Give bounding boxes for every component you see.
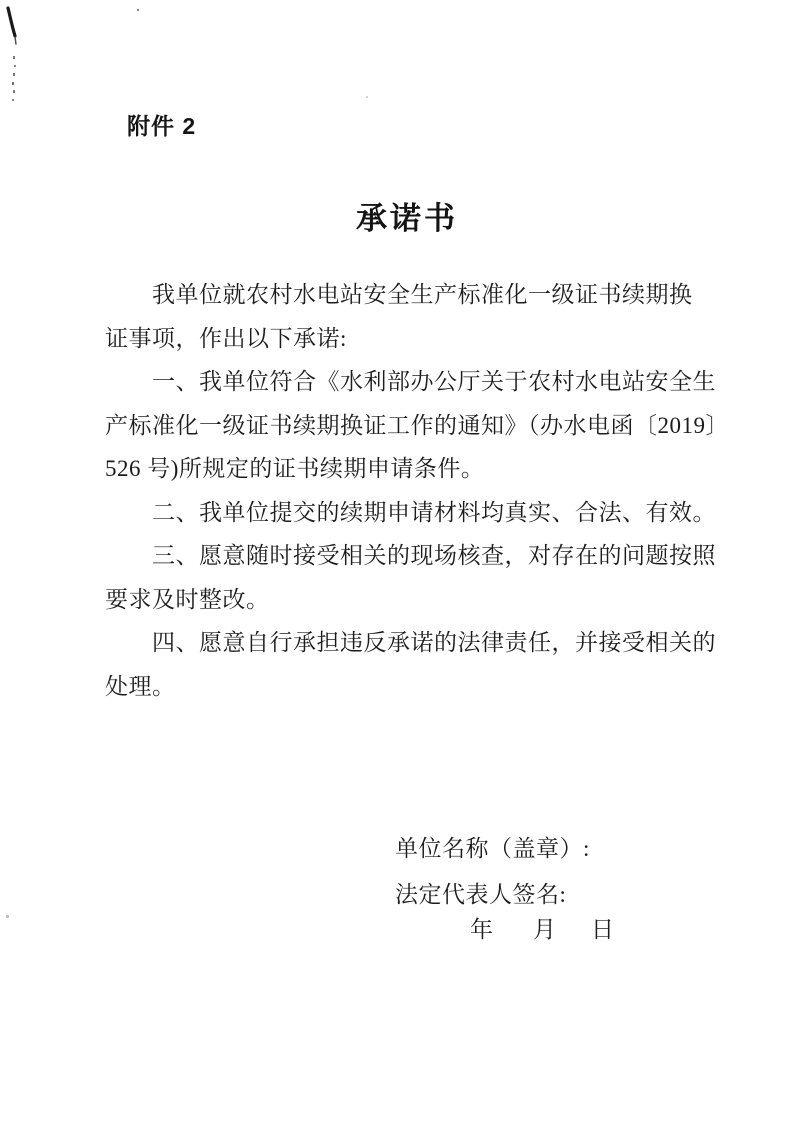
date-year-label: 年: [470, 915, 493, 945]
paragraph: 二、我单位提交的续期申请材料均真实、合法、有效。: [105, 491, 717, 535]
signature-block: 单位名称（盖章）: 法定代表人签名:: [395, 826, 590, 917]
scan-artifact-speck: [137, 9, 139, 11]
scan-artifact-speck: [366, 96, 368, 98]
body-line: 二、我单位提交的续期申请材料均真实、合法、有效。: [105, 491, 717, 535]
body-line: 证事项，作出以下承诺:: [105, 317, 717, 361]
scan-artifact-speck: [6, 915, 9, 918]
body-line: 要求及时整改。: [105, 578, 717, 622]
unit-name-label: 单位名称（盖章）:: [395, 826, 590, 872]
body-line: 处理。: [105, 665, 717, 709]
body-line: 526 号)所规定的证书续期申请条件。: [105, 447, 717, 491]
document-title: 承诺书: [0, 193, 800, 238]
date-gap: [556, 915, 591, 945]
body-line: 一、我单位符合《水利部办公厅关于农村水电站安全生: [105, 360, 717, 404]
document-body: 我单位就农村水电站安全生产标准化一级证书续期换 证事项，作出以下承诺: 一、我单…: [105, 273, 717, 708]
body-line: 产标准化一级证书续期换证工作的通知》（办水电函〔2019〕: [105, 404, 717, 448]
date-line: 年 月 日: [470, 915, 614, 945]
date-day-label: 日: [591, 915, 614, 945]
paragraph: 我单位就农村水电站安全生产标准化一级证书续期换 证事项，作出以下承诺:: [105, 273, 717, 360]
paragraph: 三、愿意随时接受相关的现场核查，对存在的问题按照 要求及时整改。: [105, 534, 717, 621]
paragraph: 一、我单位符合《水利部办公厅关于农村水电站安全生 产标准化一级证书续期换证工作的…: [105, 360, 717, 491]
body-line: 我单位就农村水电站安全生产标准化一级证书续期换: [105, 273, 717, 317]
paragraph: 四、愿意自行承担违反承诺的法律责任，并接受相关的 处理。: [105, 621, 717, 708]
scan-artifact-pen-stroke: [2, 4, 32, 114]
legal-representative-label: 法定代表人签名:: [395, 872, 590, 918]
date-month-label: 月: [533, 915, 556, 945]
scanned-document-page: 附件 2 承诺书 我单位就农村水电站安全生产标准化一级证书续期换 证事项，作出以…: [0, 0, 800, 1141]
attachment-label: 附件 2: [127, 108, 196, 141]
body-line: 四、愿意自行承担违反承诺的法律责任，并接受相关的: [105, 621, 717, 665]
body-line: 三、愿意随时接受相关的现场核查，对存在的问题按照: [105, 534, 717, 578]
date-gap: [493, 915, 533, 945]
